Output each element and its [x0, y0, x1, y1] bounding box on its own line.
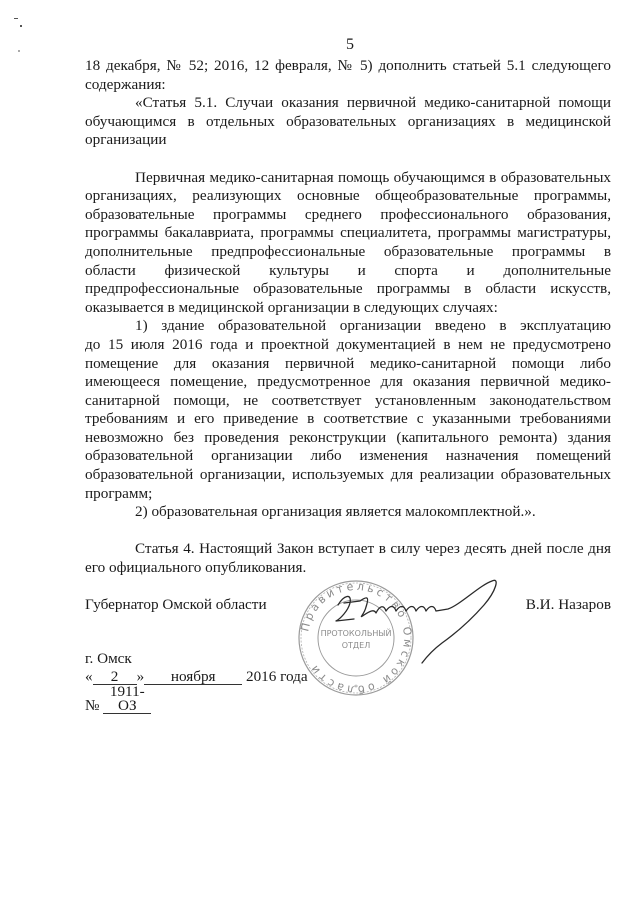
text-line: дополнительные предпрофессиональные обра… [85, 243, 611, 262]
law-number: 1911-ОЗ [103, 685, 151, 714]
text-line: Первичная медико-санитарная помощь обуча… [85, 169, 611, 188]
place-date-block: г. Омск «2»ноября 2016 года № 1911-ОЗ [85, 650, 308, 715]
text-line: «Статья 5.1. Случаи оказания первичной м… [85, 94, 611, 113]
text-line: организации [85, 131, 611, 150]
document-body: 18 декабря, № 52; 2016, 12 февраля, № 5)… [85, 57, 611, 578]
text-line: 1) здание образовательной организации вв… [85, 317, 611, 336]
text-line: помещение для оказания первичной медико-… [85, 355, 611, 374]
handwritten-signature-icon [330, 575, 500, 670]
text-line: программы бакалавриата, программы специа… [85, 224, 611, 243]
article-5-1-heading: «Статья 5.1. Случаи оказания первичной м… [85, 94, 611, 150]
case-2-paragraph: 2) образовательная организация является … [85, 503, 611, 522]
text-line: области физической культуры и спорта и д… [85, 262, 611, 281]
text-line: санитарной помощи, не соответствует уста… [85, 392, 611, 411]
text-line: содержания: [85, 76, 611, 95]
text-line: 18 декабря, № 52; 2016, 12 февраля, № 5)… [85, 57, 611, 76]
scan-speck [20, 25, 22, 27]
svg-text:*: * [354, 683, 358, 692]
article-5-1-body: Первичная медико-санитарная помощь обуча… [85, 169, 611, 318]
case-1-paragraph: 1) здание образовательной организации вв… [85, 317, 611, 503]
text-line: имеющееся помещение, предусмотренное для… [85, 373, 611, 392]
text-line: невозможно без проведения реконструкции … [85, 429, 611, 448]
intro-paragraph: 18 декабря, № 52; 2016, 12 февраля, № 5)… [85, 57, 611, 94]
text-line: программ; [85, 485, 611, 504]
text-line: оказывается в медицинской организации в … [85, 299, 611, 318]
text-line: обучающимся в отдельных образовательных … [85, 113, 611, 132]
document-page: 5 18 декабря, № 52; 2016, 12 февраля, № … [0, 0, 640, 905]
text-line: предпрофессиональные образовательные про… [85, 280, 611, 299]
text-line: до 15 июля 2016 года и проектной докумен… [85, 336, 611, 355]
scan-speck [14, 18, 18, 19]
text-line: образовательные программы среднего профе… [85, 206, 611, 225]
city: г. Омск [85, 650, 308, 668]
open-quote: « [85, 668, 93, 685]
date-year: 2016 года [246, 668, 308, 685]
number-sign: № [85, 697, 100, 714]
close-quote: » [137, 668, 145, 685]
text-line: 2) образовательная организация является … [85, 503, 611, 522]
signatory-name: В.И. Назаров [526, 596, 611, 614]
signatory-title: Губернатор Омской области [85, 596, 267, 614]
law-number-line: № 1911-ОЗ [85, 685, 308, 715]
text-line: образовательной организации либо изменен… [85, 447, 611, 466]
page-number: 5 [0, 36, 640, 54]
date-month: ноября [144, 670, 242, 685]
text-line: Статья 4. Настоящий Закон вступает в сил… [85, 540, 611, 559]
text-line: требованиям и его приведение в соответст… [85, 410, 611, 429]
article-4-paragraph: Статья 4. Настоящий Закон вступает в сил… [85, 540, 611, 577]
text-line: образовательной организации, используемы… [85, 466, 611, 485]
text-line: организациях, реализующих основные общео… [85, 187, 611, 206]
